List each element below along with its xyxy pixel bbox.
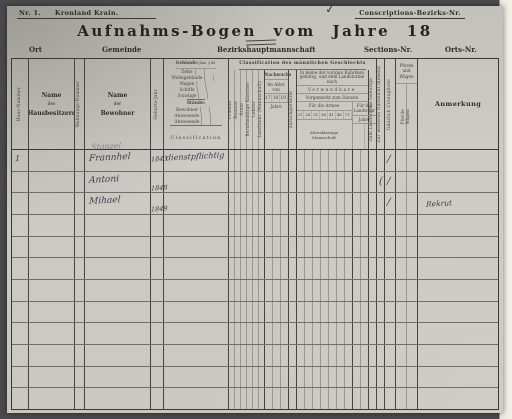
cell-landsturm (369, 193, 377, 214)
bewohner-line1: Name (101, 92, 135, 99)
col-landsturm: Zum Landsturme Gehörige (369, 70, 377, 149)
cell-age (265, 345, 273, 366)
cell-zurueckgestellte (289, 367, 297, 388)
conscription-district-label: Conscriptions-Bezirks-Nr. (355, 9, 465, 19)
gebaeude-col-a: Zahl (199, 62, 206, 66)
cell-landwehr (361, 367, 369, 388)
cell-landwehr (353, 367, 361, 388)
cell-nachsicht (377, 323, 385, 344)
cell-wohnungs-nummer (75, 302, 85, 323)
cell-armee (337, 388, 345, 409)
cell-wohnungs-nummer (75, 193, 85, 214)
cell-pferde (396, 367, 407, 388)
handwritten-entry: Mihael (89, 195, 121, 207)
cell-pferde (407, 215, 418, 236)
cell-classification: dienstpflichtig (164, 150, 229, 171)
cell-anmerkung (418, 237, 498, 258)
cell-age (273, 172, 281, 193)
cell-armee (337, 258, 345, 279)
cell-haus-nummer (12, 258, 29, 279)
cell-haus-nummer (12, 388, 29, 409)
bewohner-line2: der (101, 102, 135, 107)
classification-label: Classification (170, 125, 221, 149)
besitzer-line1: Name (29, 92, 75, 99)
nachwuchs-box: Nachwuchs Im Alter von 17 18 19 Jahre (265, 70, 289, 149)
cell-haus-nummer (12, 302, 29, 323)
cell-landwehr (361, 388, 369, 409)
cell-armee (329, 302, 337, 323)
cell-wohnungs-nummer (75, 150, 85, 171)
cell-age (281, 258, 289, 279)
cell-landsturm (369, 388, 377, 409)
cell-armee (329, 323, 337, 344)
cell-armee (297, 150, 305, 171)
rubriken-title: In keine der vorigen Rubriken gehörig, u… (297, 70, 368, 86)
cell-bewohner (85, 280, 151, 301)
cell-untauglich (385, 280, 396, 301)
cell-geburtsjahr (151, 237, 164, 258)
cell-landwehr (353, 302, 361, 323)
cell-armee (321, 323, 329, 344)
gebaeude-box: Gebäude: Zahl 1880 Zelte Wohngebäude Wag… (164, 59, 229, 149)
cell-haus-nummer (12, 215, 29, 236)
cell-zurueckgestellte (289, 193, 297, 214)
cell-landsturm (369, 237, 377, 258)
cell-armee (305, 258, 313, 279)
cell-bewohner: Antoni (85, 172, 151, 193)
cell-age (265, 150, 273, 171)
cell-armee (337, 302, 345, 323)
cell-zurueckgestellte (289, 258, 297, 279)
cell-classification (164, 388, 229, 409)
cell-nachsicht (377, 367, 385, 388)
cell-age (273, 388, 281, 409)
cell-bewohner: Mihael (85, 193, 151, 214)
cell-armee (321, 172, 329, 193)
cell-bewohner (85, 345, 151, 366)
cell-age (273, 302, 281, 323)
cell-untauglich (385, 345, 396, 366)
cell-bewohner: FrannhelStanzel (85, 150, 151, 171)
cell-wohnungs-nummer (75, 258, 85, 279)
cell-geburtsjahr (151, 388, 164, 409)
besitzer-line2: des (29, 102, 75, 107)
handwritten-entry: Rekrut (426, 199, 453, 209)
cell-armee (313, 345, 321, 366)
cell-armee (305, 215, 313, 236)
gebaeude-title-row: Gebäude: Zahl 1880 (176, 59, 217, 69)
cell-haus-nummer: 1 (12, 150, 29, 171)
handwritten-entry: ( (379, 176, 383, 187)
cell-nachsicht (377, 302, 385, 323)
cell-age (281, 302, 289, 323)
orts-nr-label: Orts-Nr. (445, 45, 477, 54)
cell-armee (345, 345, 353, 366)
cell-pferde (407, 323, 418, 344)
cell-classification (164, 237, 229, 258)
cell-wohnungs-nummer (75, 237, 85, 258)
handwritten-entry: dienstpflichtig (166, 150, 225, 162)
cell-anmerkung (418, 172, 498, 193)
cell-landsturm (369, 215, 377, 236)
cell-wohnungs-nummer (75, 367, 85, 388)
cell-untauglich (385, 367, 396, 388)
cell-nachsicht (377, 193, 385, 214)
cell-wohnungs-nummer (75, 388, 85, 409)
cell-armee (345, 193, 353, 214)
cell-bewohner (85, 323, 151, 344)
cell-landwehr (353, 388, 361, 409)
cell-age (273, 193, 281, 214)
cell-zurueckgestellte (289, 323, 297, 344)
cell-pferde (407, 388, 418, 409)
table-row: Antoni1848(/ (12, 172, 498, 194)
cell-armee (321, 367, 329, 388)
cell-haus-nummer (12, 237, 29, 258)
cell-age (265, 302, 273, 323)
cell-zurueckgestellte (289, 345, 297, 366)
cell-anmerkung (418, 280, 498, 301)
cell-hausbesitzer (29, 172, 75, 193)
cell-geburtsjahr: 1843 (151, 150, 164, 171)
cell-armee (345, 302, 353, 323)
cell-nachsicht (377, 258, 385, 279)
handwritten-entry: Frannhel (89, 152, 131, 164)
cell-pferde (407, 280, 418, 301)
cell-anmerkung (418, 323, 498, 344)
cell-zurueckgestellte (289, 150, 297, 171)
cell-bewohner (85, 367, 151, 388)
cell-haus-nummer (12, 345, 29, 366)
cell-hausbesitzer (29, 367, 75, 388)
check-mark-icon: ✓ (324, 1, 336, 16)
cell-age (265, 388, 273, 409)
col-haus-nummer: Haus-Nummer (12, 59, 29, 149)
cell-classification (164, 215, 229, 236)
gebaeude-col-b: 1880 (208, 62, 215, 66)
armee-title: Für die Armee (297, 102, 352, 111)
cell-landwehr (361, 215, 369, 236)
cell-landwehr (353, 193, 361, 214)
cell-pferde (396, 193, 407, 214)
cell-pferde (396, 150, 407, 171)
cell-armee (337, 280, 345, 301)
cell-age (281, 280, 289, 301)
cell-landsturm (369, 345, 377, 366)
cell-classification (164, 345, 229, 366)
cell-armee (345, 150, 353, 171)
classification-group: Classification des männlichen Geschlecht… (229, 59, 377, 149)
cell-landwehr (361, 323, 369, 344)
kronland-line: Nr. 1.Kronland Krain. (17, 9, 156, 19)
sections-nr-label: Sections-Nr. (364, 45, 412, 54)
cell-hausbesitzer (29, 280, 75, 301)
cell-pferde (407, 193, 418, 214)
col-hausbesitzer: Name des Hausbesitzers (29, 59, 75, 149)
cell-hausbesitzer (29, 302, 75, 323)
cell-anmerkung (418, 302, 498, 323)
cell-hausbesitzer (29, 388, 75, 409)
cell-armee (321, 150, 329, 171)
cell-armee (337, 367, 345, 388)
cell-nachsicht (377, 388, 385, 409)
cell-zurueckgestellte (289, 302, 297, 323)
cell-age (281, 388, 289, 409)
cell-armee (337, 193, 345, 214)
cell-armee (329, 388, 337, 409)
cell-nachsicht (377, 215, 385, 236)
cell-age (281, 345, 289, 366)
cell-landwehr (353, 323, 361, 344)
cell-zurueckgestellte (289, 280, 297, 301)
cell-armee (337, 172, 345, 193)
cell-geburtsjahr (151, 323, 164, 344)
col-anmerkung: Anmerkung (418, 59, 498, 149)
cell-armee (313, 388, 321, 409)
form-title: Aufnahms-Bogen vom Jahre 18 (7, 22, 503, 40)
cell-geburtsjahr: 1848 (151, 172, 164, 193)
col-wohnungs-nummer: Wohnungs-Nummer (75, 59, 85, 149)
cell-pferde (396, 172, 407, 193)
cell-armee (337, 150, 345, 171)
cell-armee (329, 258, 337, 279)
handwritten-entry: / (387, 176, 391, 187)
cell-nachsicht: ( (377, 172, 385, 193)
cell-anmerkung (418, 388, 498, 409)
cell-landwehr (361, 258, 369, 279)
cell-armee (313, 237, 321, 258)
cell-armee (329, 193, 337, 214)
nachwuchs-alter: Im Alter von (265, 80, 288, 94)
cell-armee (321, 345, 329, 366)
cell-landwehr (361, 172, 369, 193)
cell-untauglich: / (385, 172, 396, 193)
cell-armee (297, 258, 305, 279)
cell-landwehr (353, 258, 361, 279)
cell-armee (321, 280, 329, 301)
cell-haus-nummer (12, 367, 29, 388)
cell-age (281, 367, 289, 388)
cell-age (273, 215, 281, 236)
table-row: Mihael1849/Rekrut (12, 193, 498, 215)
ort-label: Ort (29, 45, 42, 54)
cell-age (265, 215, 273, 236)
cell-armee (337, 237, 345, 258)
cell-bewohner (85, 388, 151, 409)
cell-classification (164, 323, 229, 344)
cell-armee (297, 172, 305, 193)
cell-untauglich: / (385, 193, 396, 214)
cell-armee (313, 302, 321, 323)
cell-landwehr (361, 237, 369, 258)
cell-armee (321, 258, 329, 279)
cell-landsturm (369, 172, 377, 193)
cell-haus-nummer (12, 193, 29, 214)
cell-age (281, 237, 289, 258)
cell-pferde (407, 237, 418, 258)
cell-armee (305, 172, 313, 193)
armee-ages: 21 26 31 36 41 46 71 (297, 111, 352, 120)
cell-zurueckgestellte (289, 237, 297, 258)
cell-armee (321, 302, 329, 323)
col-nachsicht: Zur weiteren Nachsicht dienend (377, 59, 385, 149)
cell-armee (297, 345, 305, 366)
cell-armee (305, 323, 313, 344)
cell-landsturm (369, 280, 377, 301)
besitzer-line3: Hausbesitzers (29, 110, 75, 117)
gebaeude-title: Gebäude: (176, 61, 199, 66)
cell-untauglich (385, 323, 396, 344)
classification-group-title: Classification des männlichen Geschlecht… (239, 59, 365, 70)
cell-hausbesitzer (29, 258, 75, 279)
cell-armee (345, 215, 353, 236)
cell-pferde (407, 367, 418, 388)
cell-wohnungs-nummer (75, 172, 85, 193)
col-waegen: Wägen (407, 84, 411, 149)
cell-armee (313, 193, 321, 214)
cell-hausbesitzer (29, 345, 75, 366)
cell-armee (337, 215, 345, 236)
cell-armee (297, 237, 305, 258)
cell-landwehr (361, 193, 369, 214)
cell-armee (313, 367, 321, 388)
nachwuchs-title: Nachwuchs (265, 70, 288, 80)
cell-age (281, 215, 289, 236)
cell-landwehr (361, 280, 369, 301)
cell-age (273, 150, 281, 171)
cell-armee (305, 302, 313, 323)
cell-bewohner (85, 258, 151, 279)
cell-armee (329, 280, 337, 301)
cell-age (265, 237, 273, 258)
table-row (12, 215, 498, 237)
cell-armee (321, 237, 329, 258)
cell-age (265, 258, 273, 279)
cell-armee (345, 367, 353, 388)
cell-armee (329, 367, 337, 388)
cell-age (273, 280, 281, 301)
cell-armee (313, 258, 321, 279)
cell-age (265, 323, 273, 344)
cell-armee (345, 323, 353, 344)
cell-armee (329, 150, 337, 171)
cell-landsturm (369, 323, 377, 344)
cell-armee (329, 172, 337, 193)
cell-geburtsjahr (151, 215, 164, 236)
cell-untauglich (385, 237, 396, 258)
nachwuchs-ages: 17 18 19 (265, 94, 288, 103)
armee-box: Für die Armee 21 26 31 36 41 46 71 (297, 102, 353, 149)
cell-landwehr (353, 215, 361, 236)
handwritten-entry: / (387, 154, 391, 165)
table-row (12, 237, 498, 259)
cell-armee (337, 323, 345, 344)
cell-bewohner (85, 237, 151, 258)
location-fields: Ort Gemeinde Bezirkshauptmannschaft Sect… (7, 45, 503, 57)
cell-pferde (396, 258, 407, 279)
cell-armee (313, 150, 321, 171)
cell-age (281, 193, 289, 214)
handwritten-entry: Stanzel (91, 141, 122, 152)
cell-wohnungs-nummer (75, 215, 85, 236)
handwritten-entry: Antoni (89, 174, 120, 186)
cell-age (281, 323, 289, 344)
cell-anmerkung (418, 215, 498, 236)
cell-age (273, 345, 281, 366)
table-row (12, 388, 498, 409)
cell-classification (164, 280, 229, 301)
cell-landwehr (353, 150, 361, 171)
handwritten-entry: / (387, 197, 391, 208)
cell-landwehr (361, 302, 369, 323)
cell-hausbesitzer (29, 323, 75, 344)
staende-title: Stände: (187, 99, 205, 107)
cell-landsturm (369, 367, 377, 388)
cell-geburtsjahr (151, 280, 164, 301)
cell-pferde (396, 215, 407, 236)
col-geburtsjahr: Geburts-Jahr (151, 59, 164, 149)
cell-untauglich (385, 302, 396, 323)
cell-bewohner (85, 302, 151, 323)
cell-geburtsjahr: 1849 (151, 193, 164, 214)
cell-anmerkung: Rekrut (418, 193, 498, 214)
cell-geburtsjahr (151, 302, 164, 323)
armee-foot: Altersklassige Mannschaft (297, 120, 352, 149)
cell-zurueckgestellte (289, 172, 297, 193)
cell-classification (164, 193, 229, 214)
cell-armee (305, 237, 313, 258)
verwendbare-label: Verwendbare (297, 86, 368, 94)
cell-hausbesitzer (29, 150, 75, 171)
cell-armee (313, 172, 321, 193)
cell-hausbesitzer (29, 215, 75, 236)
cell-age (273, 323, 281, 344)
cell-haus-nummer (12, 280, 29, 301)
pferde-title: Pferde und Wägen (396, 59, 417, 84)
sheet-number: Nr. 1. (19, 9, 41, 17)
cell-landwehr (353, 237, 361, 258)
cell-armee (305, 280, 313, 301)
cell-armee (345, 172, 353, 193)
cell-armee (297, 323, 305, 344)
cell-nachsicht (377, 150, 385, 171)
cell-untauglich (385, 388, 396, 409)
cell-armee (345, 280, 353, 301)
table-row: 1FrannhelStanzel1843dienstpflichtig/ (12, 150, 498, 172)
cell-armee (345, 258, 353, 279)
cell-anmerkung (418, 345, 498, 366)
classification-group-body: Priester Beamte Ärzte Berufsmäßige Künst… (229, 70, 377, 149)
cell-landwehr (361, 150, 369, 171)
cell-wohnungs-nummer (75, 345, 85, 366)
cell-nachsicht (377, 237, 385, 258)
cell-classification (164, 302, 229, 323)
cell-armee (329, 215, 337, 236)
top-strip: Nr. 1.Kronland Krain. Conscriptions-Bezi… (7, 6, 503, 20)
cell-landwehr (353, 172, 361, 193)
cell-pferde (396, 388, 407, 409)
cell-untauglich: / (385, 150, 396, 171)
cell-age (265, 172, 273, 193)
cell-pferde (407, 302, 418, 323)
cell-armee (329, 237, 337, 258)
table-row (12, 302, 498, 324)
col-bewohner: Name der Bewohner (85, 59, 151, 149)
cell-armee (345, 237, 353, 258)
table-row (12, 345, 498, 367)
cell-wohnungs-nummer (75, 280, 85, 301)
cell-pferde (407, 172, 418, 193)
